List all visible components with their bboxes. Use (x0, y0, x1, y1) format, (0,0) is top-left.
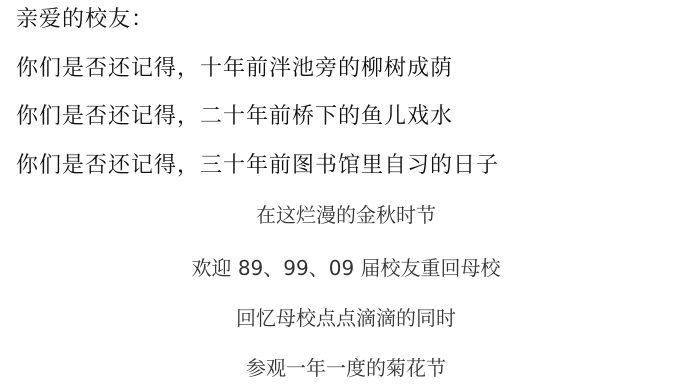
salutation: 亲爱的校友： (16, 6, 154, 34)
centered-line-3: 回忆母校点点滴滴的同时 (0, 305, 692, 331)
centered-line-4: 参观一年一度的菊花节 (0, 355, 692, 381)
paragraph-2: 你们是否还记得，二十年前桥下的鱼儿戏水 (16, 103, 453, 131)
centered-line-1: 在这烂漫的金秋时节 (0, 202, 692, 228)
centered-line-2: 欢迎 89、99、09 届校友重回母校 (0, 255, 692, 281)
paragraph-1: 你们是否还记得，十年前泮池旁的柳树成荫 (16, 55, 453, 83)
paragraph-3: 你们是否还记得，三十年前图书馆里自习的日子 (16, 152, 499, 180)
